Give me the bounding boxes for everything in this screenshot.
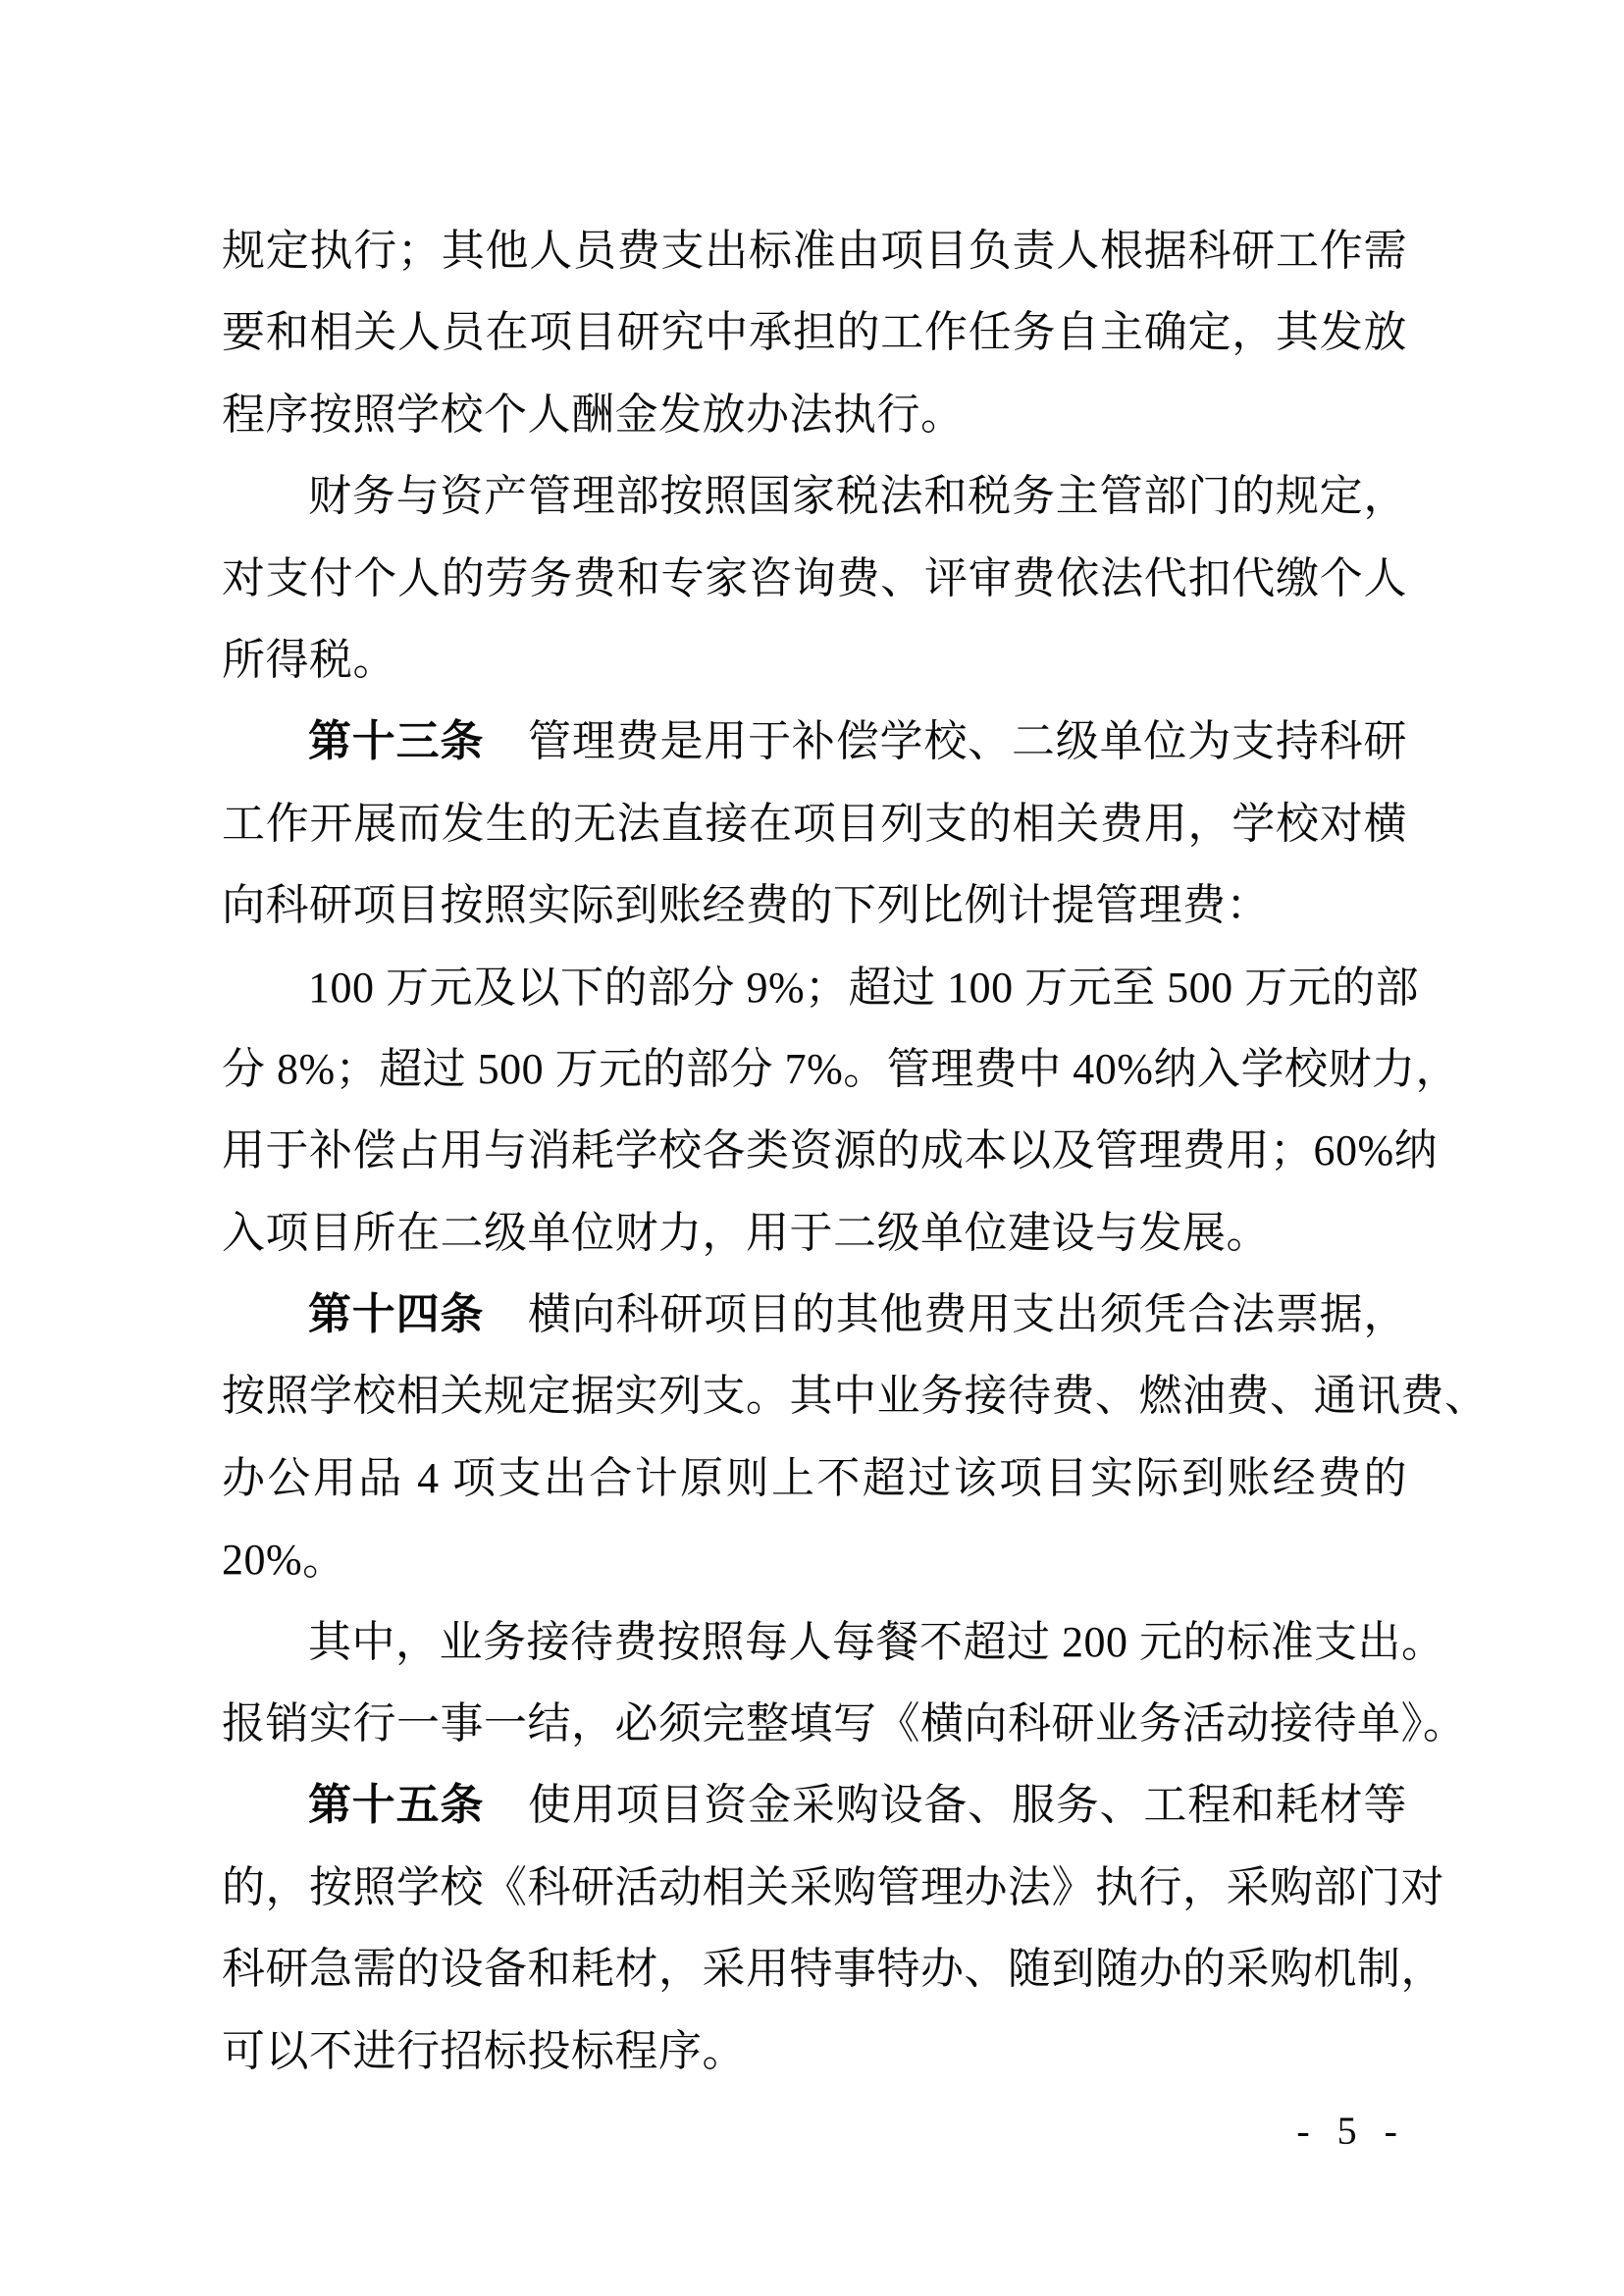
document-line: 的，按照学校《科研活动相关采购管理办法》执行，采购部门对 — [222, 1847, 1407, 1928]
line-text: 20%。 — [222, 1536, 346, 1584]
line-text: 100 万元及以下的部分 9%；超过 100 万元至 500 万元的部 — [308, 964, 1419, 1012]
line-text: 财务与资产管理部按照国家税法和税务主管部门的规定， — [308, 472, 1407, 520]
line-text: 用于补偿占用与消耗学校各类资源的成本以及管理费用；60%纳 — [222, 1126, 1438, 1174]
line-text: 管理费是用于补偿学校、二级单位为支持科研 — [484, 717, 1407, 765]
document-line: 100 万元及以下的部分 9%；超过 100 万元至 500 万元的部 — [222, 947, 1407, 1028]
line-text: 工作开展而发生的无法直接在项目列支的相关费用，学校对横 — [222, 800, 1407, 848]
document-line: 工作开展而发生的无法直接在项目列支的相关费用，学校对横 — [222, 783, 1407, 864]
document-line: 财务与资产管理部按照国家税法和税务主管部门的规定， — [222, 455, 1407, 537]
line-text: 规定执行；其他人员费支出标准由项目负责人根据科研工作需 — [222, 227, 1407, 275]
document-line: 办公用品 4 项支出合计原则上不超过该项目实际到账经费的 — [222, 1437, 1407, 1519]
line-text: 分 8%；超过 500 万元的部分 7%。管理费中 40%纳入学校财力， — [222, 1045, 1459, 1093]
line-text: 要和相关人员在项目研究中承担的工作任务自主确定，其发放 — [222, 308, 1407, 356]
document-line: 所得税。 — [222, 619, 1407, 701]
document-line: 可以不进行招标投标程序。 — [222, 2010, 1407, 2092]
line-text: 对支付个人的劳务费和专家咨询费、评审费依法代扣代缴个人 — [222, 554, 1407, 602]
line-text: 使用项目资金采购设备、服务、工程和耗材等 — [484, 1781, 1407, 1829]
document-line: 第十四条 横向科研项目的其他费用支出须凭合法票据， — [222, 1274, 1407, 1355]
document-line: 用于补偿占用与消耗学校各类资源的成本以及管理费用；60%纳 — [222, 1110, 1407, 1191]
document-line: 要和相关人员在项目研究中承担的工作任务自主确定，其发放 — [222, 291, 1407, 373]
document-line: 分 8%；超过 500 万元的部分 7%。管理费中 40%纳入学校财力， — [222, 1028, 1407, 1110]
document-line: 对支付个人的劳务费和专家咨询费、评审费依法代扣代缴个人 — [222, 538, 1407, 619]
document-line: 第十五条 使用项目资金采购设备、服务、工程和耗材等 — [222, 1764, 1407, 1846]
document-line: 规定执行；其他人员费支出标准由项目负责人根据科研工作需 — [222, 210, 1407, 291]
article-number: 第十三条 — [308, 717, 484, 765]
line-text: 所得税。 — [222, 636, 396, 684]
document-line: 科研急需的设备和耗材，采用特事特办、随到随办的采购机制， — [222, 1928, 1407, 2009]
document-line: 向科研项目按照实际到账经费的下列比例计提管理费： — [222, 864, 1407, 946]
document-body: 规定执行；其他人员费支出标准由项目负责人根据科研工作需要和相关人员在项目研究中承… — [222, 210, 1407, 2092]
page-number: - 5 - — [1296, 2108, 1406, 2154]
line-text: 横向科研项目的其他费用支出须凭合法票据， — [484, 1290, 1407, 1338]
line-text: 办公用品 4 项支出合计原则上不超过该项目实际到账经费的 — [222, 1454, 1407, 1502]
document-line: 入项目所在二级单位财力，用于二级单位建设与发展。 — [222, 1192, 1407, 1274]
document-line: 程序按照学校个人酬金发放办法执行。 — [222, 374, 1407, 455]
document-line: 报销实行一事一结，必须完整填写《横向科研业务活动接待单》。 — [222, 1683, 1407, 1764]
article-number: 第十五条 — [308, 1781, 484, 1829]
line-text: 入项目所在二级单位财力，用于二级单位建设与发展。 — [222, 1209, 1270, 1257]
document-line: 其中，业务接待费按照每人每餐不超过 200 元的标准支出。 — [222, 1601, 1407, 1683]
line-text: 向科研项目按照实际到账经费的下列比例计提管理费： — [222, 881, 1270, 929]
document-line: 按照学校相关规定据实列支。其中业务接待费、燃油费、通讯费、 — [222, 1355, 1407, 1436]
document-line: 20%。 — [222, 1519, 1407, 1600]
line-text: 报销实行一事一结，必须完整填写《横向科研业务活动接待单》。 — [222, 1699, 1467, 1748]
line-text: 其中，业务接待费按照每人每餐不超过 200 元的标准支出。 — [308, 1618, 1445, 1666]
document-page: 规定执行；其他人员费支出标准由项目负责人根据科研工作需要和相关人员在项目研究中承… — [0, 0, 1624, 2296]
line-text: 的，按照学校《科研活动相关采购管理办法》执行，采购部门对 — [222, 1863, 1444, 1911]
line-text: 可以不进行招标投标程序。 — [222, 2027, 746, 2075]
document-line: 第十三条 管理费是用于补偿学校、二级单位为支持科研 — [222, 701, 1407, 782]
article-number: 第十四条 — [308, 1290, 484, 1338]
line-text: 按照学校相关规定据实列支。其中业务接待费、燃油费、通讯费、 — [222, 1372, 1489, 1420]
line-text: 科研急需的设备和耗材，采用特事特办、随到随办的采购机制， — [222, 1945, 1444, 1993]
line-text: 程序按照学校个人酬金发放办法执行。 — [222, 391, 965, 439]
